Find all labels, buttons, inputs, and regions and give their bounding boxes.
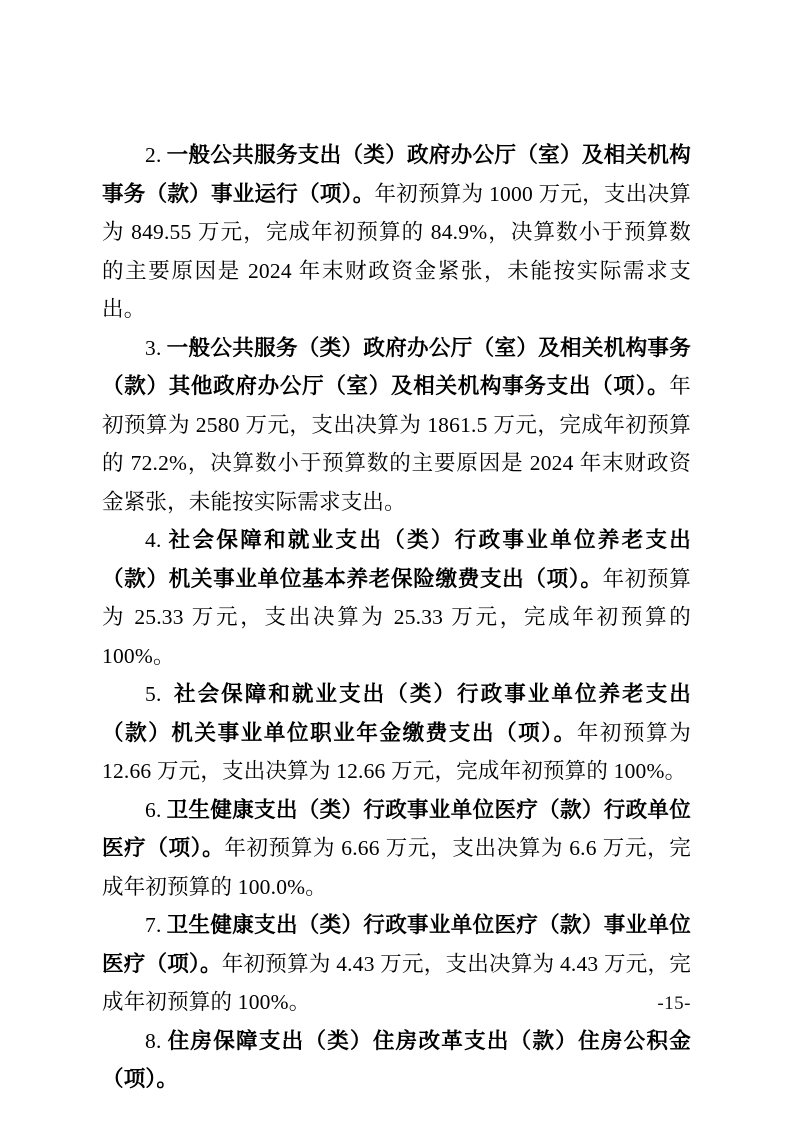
paragraph-title: 住房保障支出（类）住房改革支出（款）住房公积金（项）。 bbox=[102, 1029, 691, 1092]
paragraph-title: 一般公共服务（类）政府办公厅（室）及相关机构事务（款）其他政府办公厅（室）及相关… bbox=[102, 336, 691, 399]
budget-paragraph-4: 4.社会保障和就业支出（类）行政事业单位养老支出（款）机关事业单位基本养老保险缴… bbox=[102, 521, 691, 675]
budget-paragraph-7: 7.卫生健康支出（类）行政事业单位医疗（款）事业单位医疗（项）。年初预算为 4.… bbox=[102, 906, 691, 1022]
paragraph-number: 2. bbox=[145, 143, 162, 167]
paragraph-number: 4. bbox=[145, 528, 162, 552]
paragraph-number: 7. bbox=[145, 913, 162, 937]
paragraph-number: 8. bbox=[145, 1029, 162, 1053]
budget-paragraph-2: 2.一般公共服务支出（类）政府办公厅（室）及相关机构事务（款）事业运行（项）。年… bbox=[102, 136, 691, 329]
paragraph-number: 5. bbox=[145, 682, 169, 706]
document-content: 2.一般公共服务支出（类）政府办公厅（室）及相关机构事务（款）事业运行（项）。年… bbox=[102, 136, 691, 1099]
budget-paragraph-3: 3.一般公共服务（类）政府办公厅（室）及相关机构事务（款）其他政府办公厅（室）及… bbox=[102, 329, 691, 522]
paragraph-number: 3. bbox=[145, 336, 162, 360]
document-page: 2.一般公共服务支出（类）政府办公厅（室）及相关机构事务（款）事业运行（项）。年… bbox=[0, 0, 793, 1122]
budget-paragraph-5: 5. 社会保障和就业支出（类）行政事业单位养老支出（款）机关事业单位职业年金缴费… bbox=[102, 675, 691, 791]
page-number: -15- bbox=[657, 993, 691, 1015]
paragraph-number: 6. bbox=[145, 798, 162, 822]
budget-paragraph-8: 8.住房保障支出（类）住房改革支出（款）住房公积金（项）。 bbox=[102, 1022, 691, 1099]
budget-paragraph-6: 6.卫生健康支出（类）行政事业单位医疗（款）行政单位医疗（项）。年初预算为 6.… bbox=[102, 791, 691, 907]
